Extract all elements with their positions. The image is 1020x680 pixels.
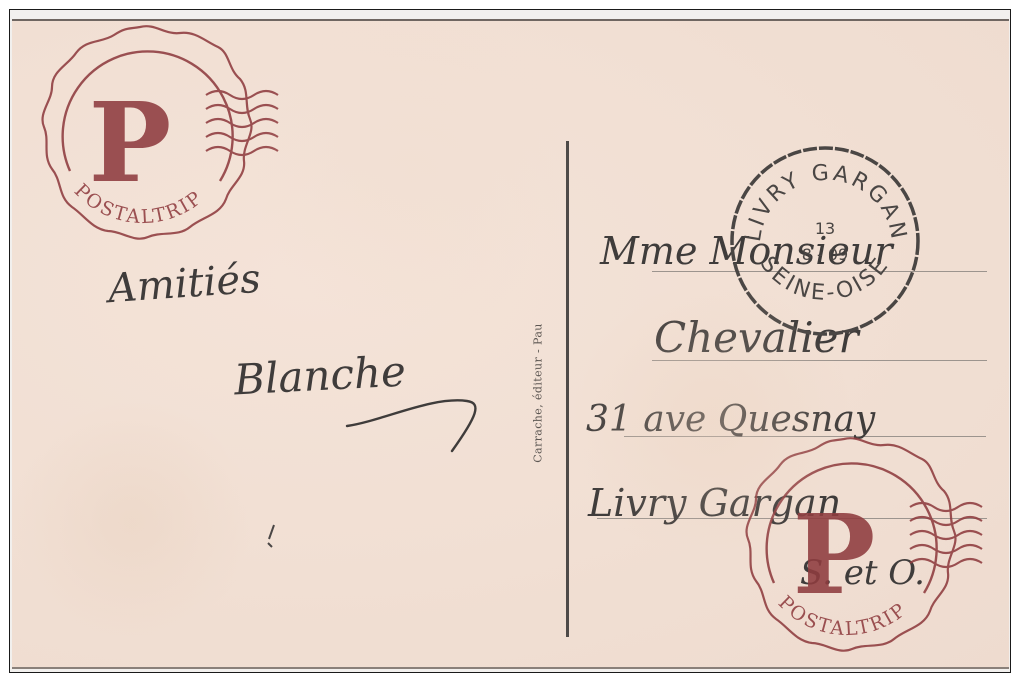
postaltrip-watermark-top-left: P POSTALTRIP (30, 21, 290, 251)
watermark-letter: P (89, 78, 172, 207)
message-greeting: Amitiés (107, 256, 263, 313)
publisher-imprint: Carrache, éditeur - Pau (532, 323, 545, 463)
center-divider (566, 141, 569, 637)
postcard-back: Carrache, éditeur - Pau Amitiés Blanche … (12, 19, 1009, 669)
postmark-date-day: 13 (815, 219, 835, 238)
postmark-date-month-year: 8 - 09 (802, 245, 848, 264)
watermark-letter: P (793, 490, 876, 619)
postmark-cancel: LIVRY GARGAN SEINE-OISE 13 8 - 09 (720, 136, 930, 346)
signature-flourish (342, 381, 492, 461)
postaltrip-watermark-bottom-right: P POSTALTRIP (734, 433, 994, 663)
ink-mark (262, 521, 282, 551)
